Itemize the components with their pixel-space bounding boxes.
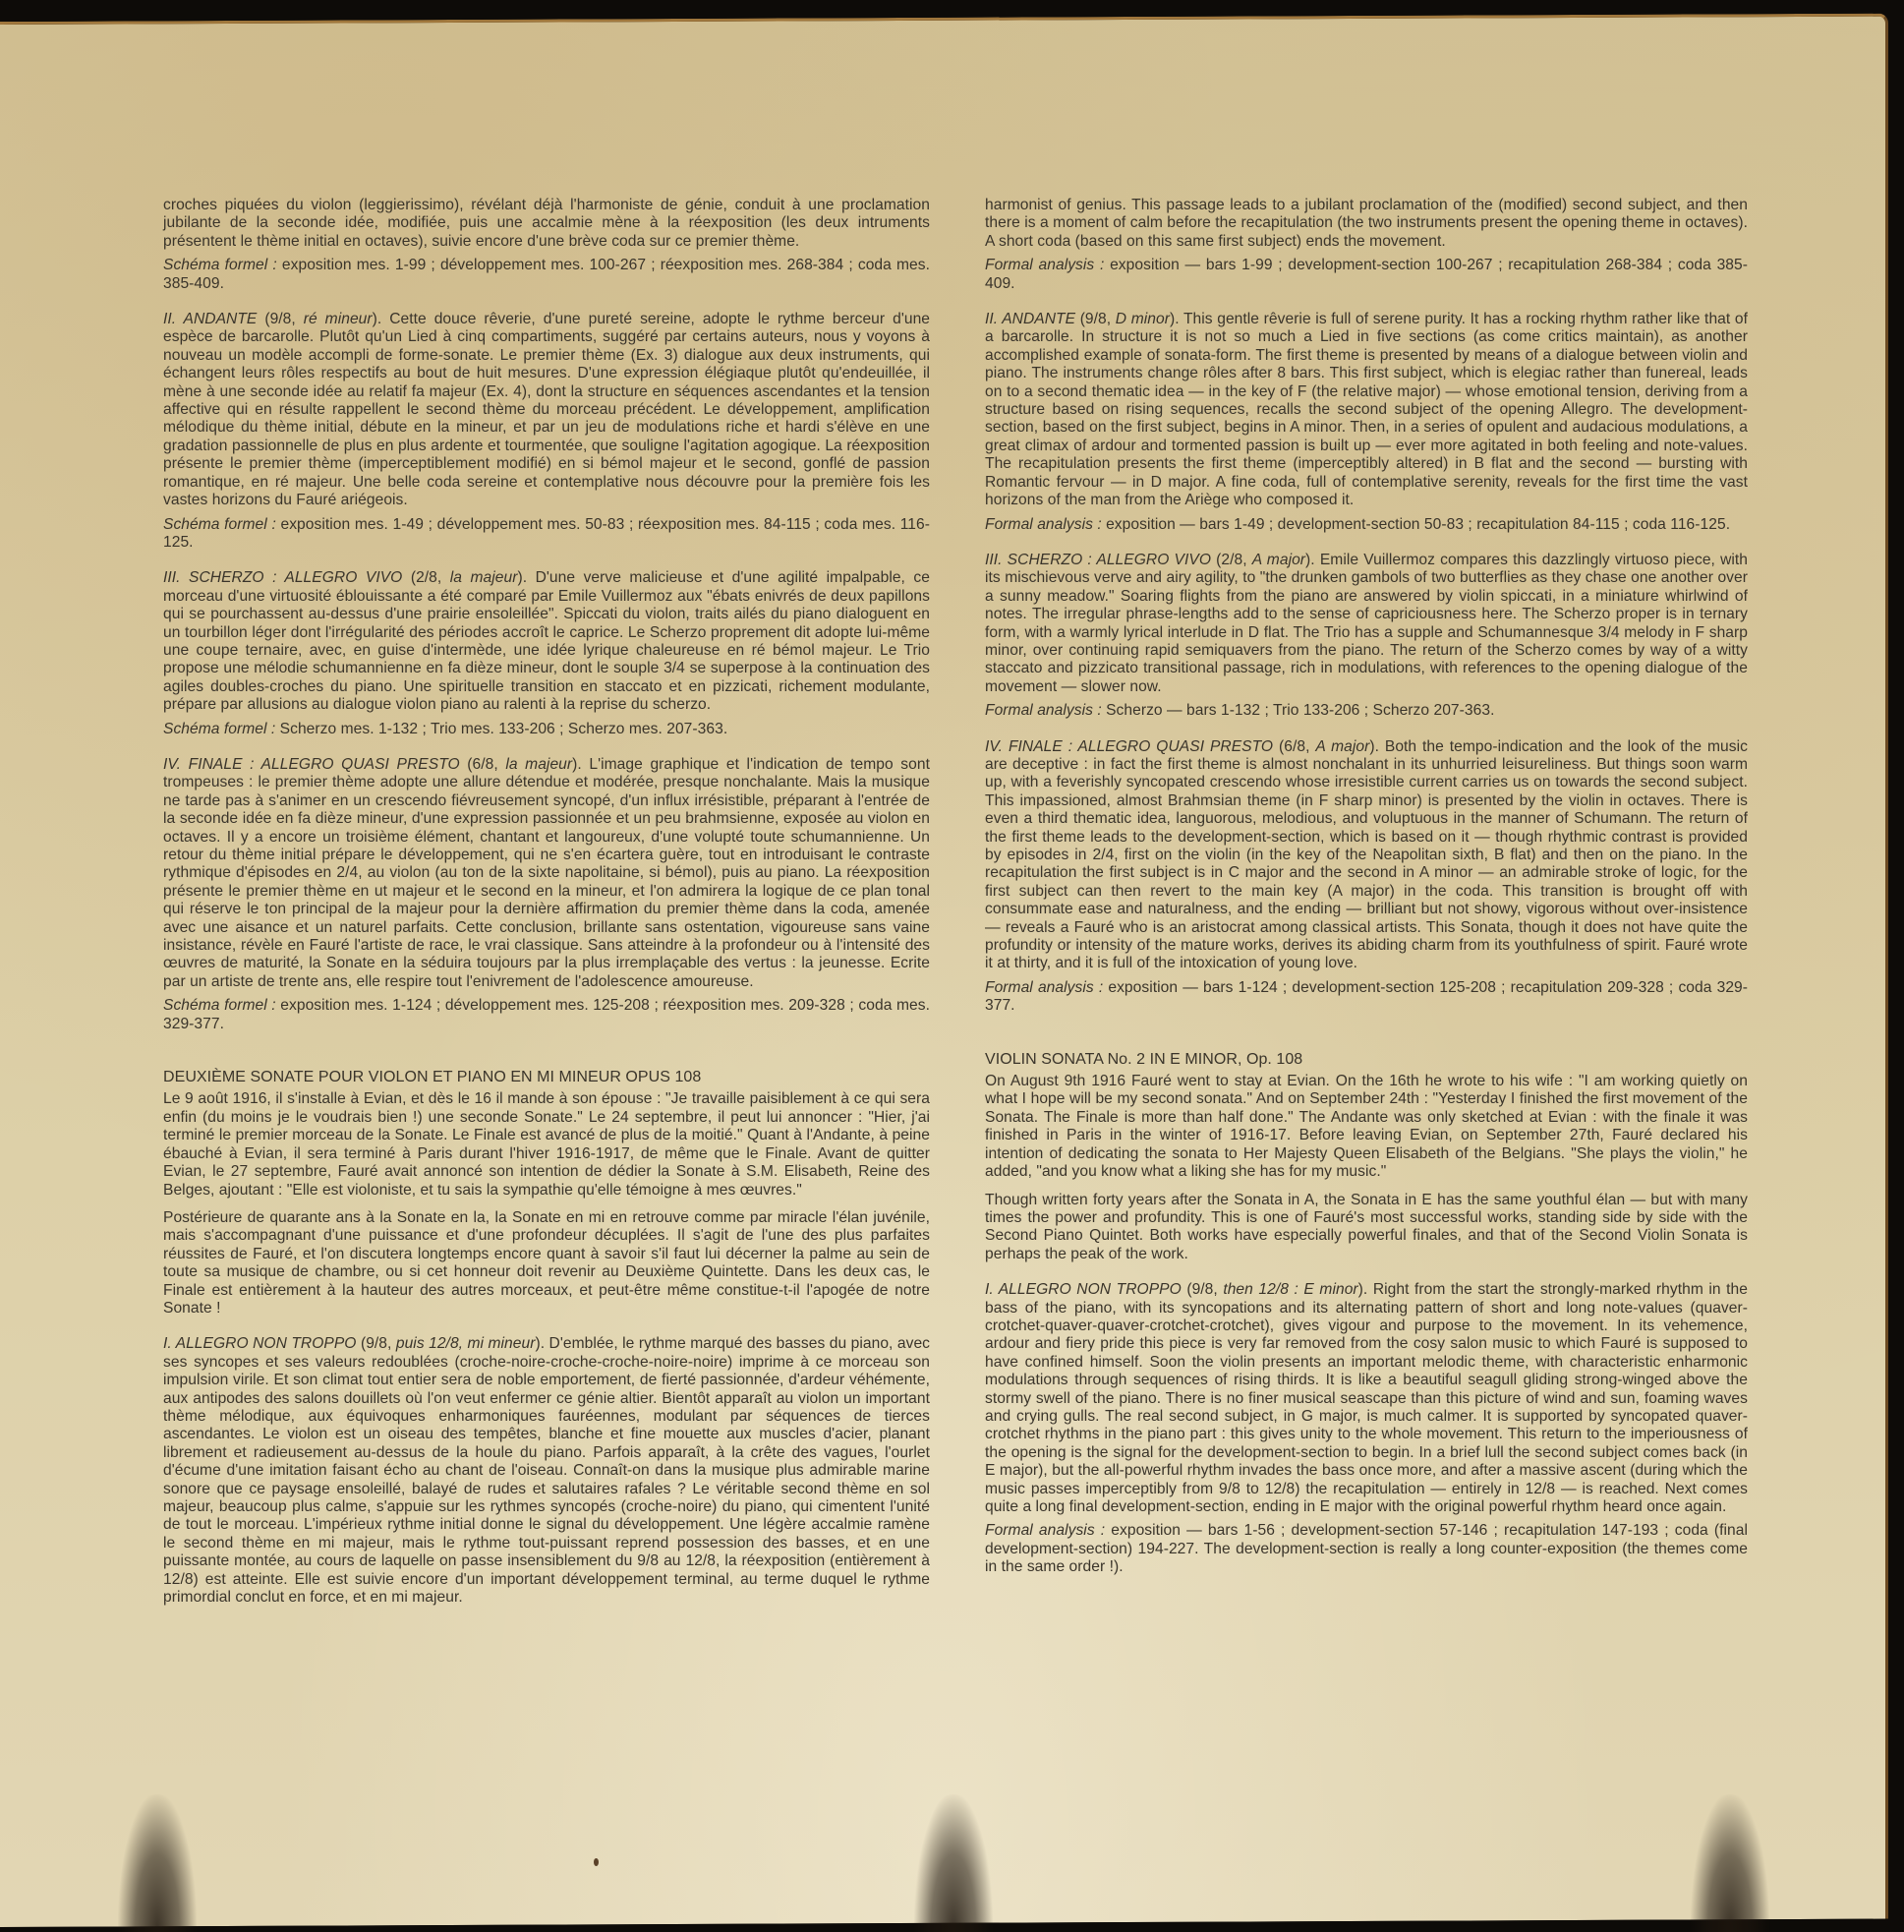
analysis-text: exposition mes. 1-49 ; développement mes… xyxy=(163,516,930,551)
clip-shadow-left xyxy=(118,1794,197,1932)
movement-text: Emile Vuillermoz compares this dazzlingl… xyxy=(985,552,1748,695)
movement-title: IV. FINALE : ALLEGRO QUASI PRESTO xyxy=(163,756,460,773)
movement-title: III. SCHERZO : ALLEGRO VIVO xyxy=(163,569,402,586)
paragraph: croches piquées du violon (leggierissimo… xyxy=(163,197,930,251)
movement-title: III. SCHERZO : ALLEGRO VIVO xyxy=(985,552,1211,568)
movement-meta: (9/8, ré mineur). xyxy=(257,311,381,327)
analysis-label: Formal analysis : xyxy=(985,702,1102,719)
movement-meta: (6/8, A major). xyxy=(1273,738,1379,755)
analysis-label: Schéma formel : xyxy=(163,516,276,533)
movement-paragraph: III. SCHERZO : ALLEGRO VIVO (2/8, A majo… xyxy=(985,552,1748,696)
analysis-label: Schéma formel : xyxy=(163,721,275,737)
french-column: croches piquées du violon (leggierissimo… xyxy=(163,197,930,1612)
analysis-text: exposition mes. 1-124 ; développement me… xyxy=(163,997,930,1031)
paragraph: Postérieure de quarante ans à la Sonate … xyxy=(163,1209,930,1317)
movement-meta: (9/8, D minor). xyxy=(1075,311,1180,327)
movement-text: Right from the start the strongly-marked… xyxy=(985,1281,1748,1515)
movement-paragraph: I. ALLEGRO NON TROPPO (9/8, puis 12/8, m… xyxy=(163,1335,930,1607)
paragraph: On August 9th 1916 Fauré went to stay at… xyxy=(985,1073,1748,1181)
formal-analysis: Formal analysis : exposition — bars 1-49… xyxy=(985,516,1748,534)
movement-text: D'emblée, le rythme marqué des basses du… xyxy=(163,1335,930,1606)
movement-text: This gentle rêverie is full of serene pu… xyxy=(985,311,1748,508)
movement-meta: (9/8, puis 12/8, mi mineur). xyxy=(357,1335,546,1352)
formal-analysis: Schéma formel : exposition mes. 1-49 ; d… xyxy=(163,516,930,553)
formal-analysis: Formal analysis : exposition — bars 1-56… xyxy=(985,1522,1748,1576)
analysis-label: Formal analysis : xyxy=(985,516,1102,533)
movement-text: Both the tempo-indication and the look o… xyxy=(985,738,1748,972)
clip-shadow-right xyxy=(1691,1794,1769,1932)
movement-title: II. ANDANTE xyxy=(985,311,1075,327)
analysis-text: exposition — bars 1-49 ; development-sec… xyxy=(1102,516,1730,533)
analysis-text: Scherzo mes. 1-132 ; Trio mes. 133-206 ;… xyxy=(275,721,727,737)
movement-title: I. ALLEGRO NON TROPPO xyxy=(163,1335,357,1352)
movement-title: I. ALLEGRO NON TROPPO xyxy=(985,1281,1182,1298)
movement-paragraph: I. ALLEGRO NON TROPPO (9/8, then 12/8 : … xyxy=(985,1281,1748,1516)
movement-paragraph: IV. FINALE : ALLEGRO QUASI PRESTO (6/8, … xyxy=(163,756,930,991)
movement-meta: (6/8, la majeur). xyxy=(460,756,582,773)
formal-analysis: Formal analysis : Scherzo — bars 1-132 ;… xyxy=(985,702,1748,720)
analysis-text: exposition mes. 1-99 ; développement mes… xyxy=(163,257,930,291)
clip-shadow-center xyxy=(914,1794,993,1932)
movement-meta: (2/8, la majeur). xyxy=(402,569,527,586)
english-column: harmonist of genius. This passage leads … xyxy=(985,197,1748,1583)
formal-analysis: Schéma formel : Scherzo mes. 1-132 ; Tri… xyxy=(163,721,930,738)
formal-analysis: Schéma formel : exposition mes. 1-99 ; d… xyxy=(163,257,930,293)
movement-meta: (2/8, A major). xyxy=(1211,552,1315,568)
movement-title: IV. FINALE : ALLEGRO QUASI PRESTO xyxy=(985,738,1273,755)
movement-text: D'une verve malicieuse et d'une agilité … xyxy=(163,569,930,713)
movement-paragraph: II. ANDANTE (9/8, D minor). This gentle … xyxy=(985,311,1748,509)
section-heading: VIOLIN SONATA No. 2 IN E MINOR, Op. 108 xyxy=(985,1051,1748,1069)
movement-meta: (9/8, then 12/8 : E minor). xyxy=(1182,1281,1368,1298)
analysis-label: Formal analysis : xyxy=(985,257,1104,273)
movement-title: II. ANDANTE xyxy=(163,311,257,327)
formal-analysis: Formal analysis : exposition — bars 1-99… xyxy=(985,257,1748,293)
analysis-label: Formal analysis : xyxy=(985,1522,1105,1539)
formal-analysis: Formal analysis : exposition — bars 1-12… xyxy=(985,979,1748,1016)
movement-text: L'image graphique et l'indication de tem… xyxy=(163,756,930,990)
paper-speck xyxy=(594,1858,599,1866)
analysis-label: Schéma formel : xyxy=(163,997,276,1014)
analysis-text: Scherzo — bars 1-132 ; Trio 133-206 ; Sc… xyxy=(1102,702,1495,719)
paragraph: Le 9 août 1916, il s'installe à Evian, e… xyxy=(163,1090,930,1199)
movement-paragraph: III. SCHERZO : ALLEGRO VIVO (2/8, la maj… xyxy=(163,569,930,714)
movement-paragraph: IV. FINALE : ALLEGRO QUASI PRESTO (6/8, … xyxy=(985,738,1748,973)
paragraph: harmonist of genius. This passage leads … xyxy=(985,197,1748,251)
formal-analysis: Schéma formel : exposition mes. 1-124 ; … xyxy=(163,997,930,1033)
movement-text: Cette douce rêverie, d'une pureté serein… xyxy=(163,311,930,508)
analysis-label: Schéma formel : xyxy=(163,257,277,273)
section-heading: DEUXIÈME SONATE POUR VIOLON ET PIANO EN … xyxy=(163,1069,930,1086)
paragraph: Though written forty years after the Son… xyxy=(985,1192,1748,1264)
analysis-label: Formal analysis : xyxy=(985,979,1103,996)
movement-paragraph: II. ANDANTE (9/8, ré mineur). Cette douc… xyxy=(163,311,930,509)
